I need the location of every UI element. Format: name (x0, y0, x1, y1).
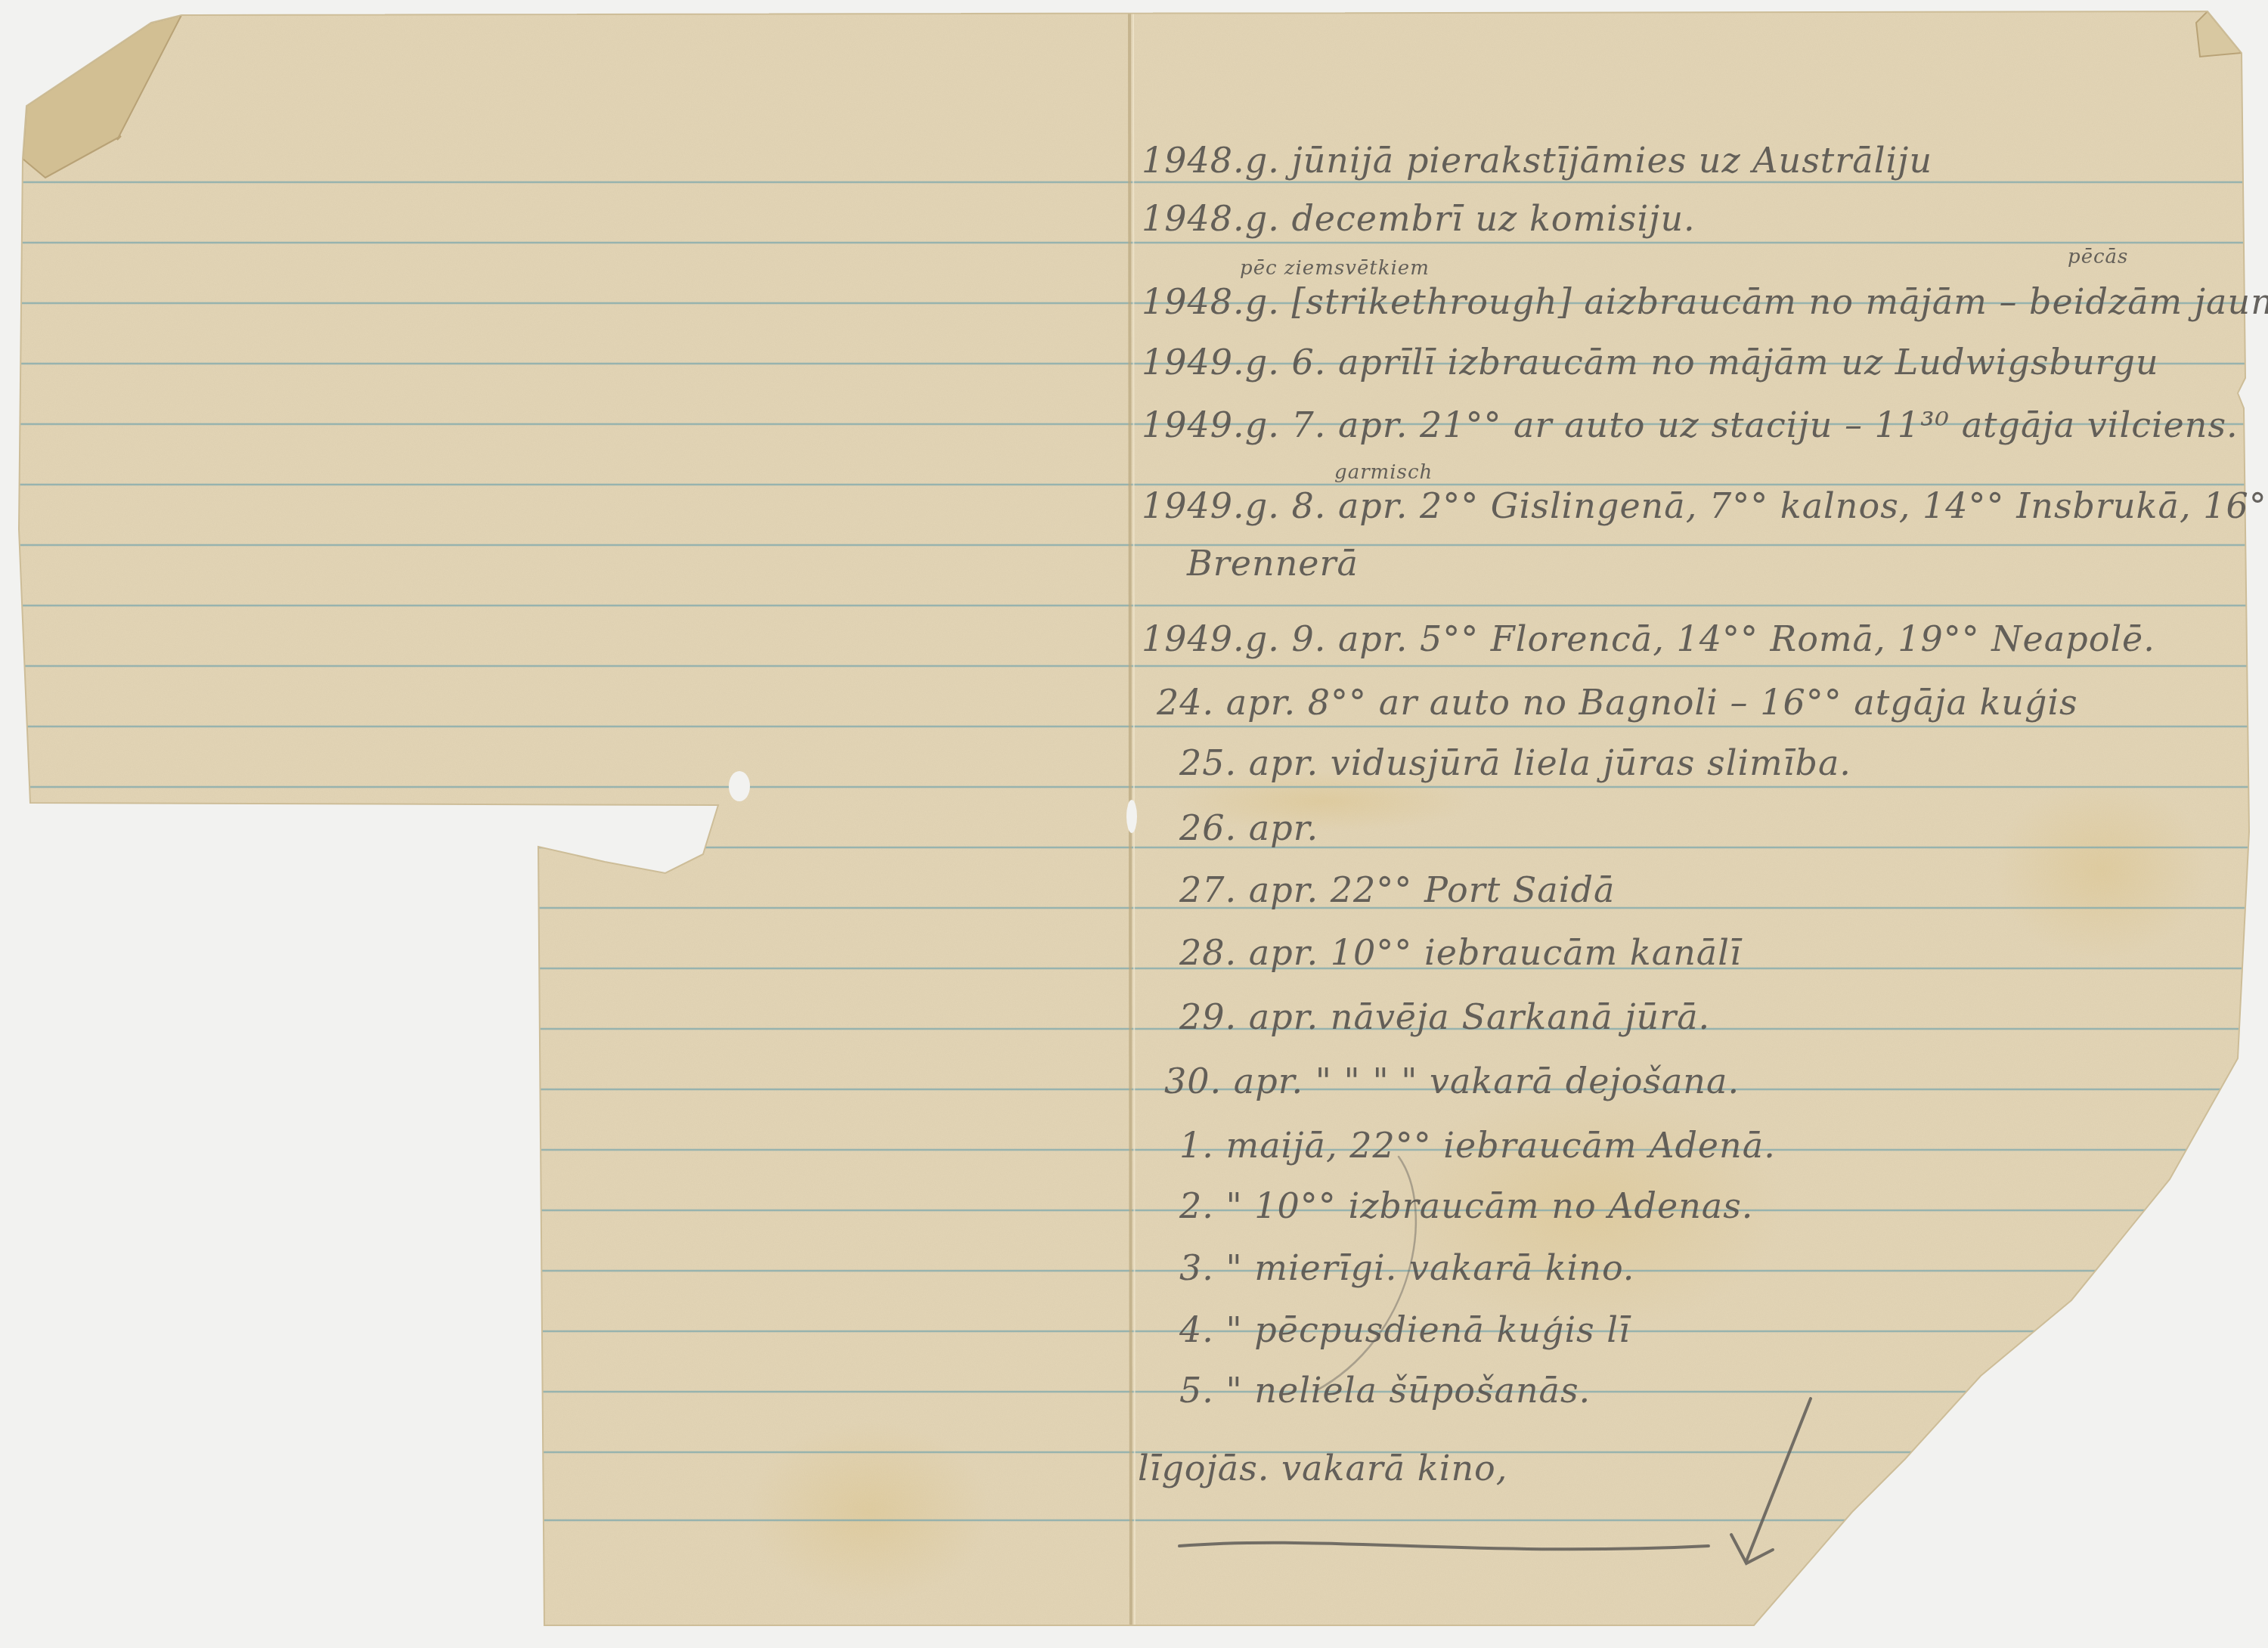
entry-1949-apr-8-brenner: Brennerā (1187, 543, 1359, 584)
entry-1948-december: 1948.g. decembrī uz komisiju. (1142, 198, 1696, 239)
entry-apr-26: 26. apr. (1179, 807, 1318, 848)
entry-1949-apr-9: 1949.g. 9. apr. 5°° Florencā, 14°° Romā,… (1142, 618, 2155, 659)
insert-pec-ziemsvetkiem: pēc ziemsvētkiem (1240, 257, 1430, 280)
entry-may-3: 3. " mierīgi. vakarā kino. (1179, 1247, 1634, 1288)
entry-1949-apr-7: 1949.g. 7. apr. 21°° ar auto uz staciju … (1142, 404, 2239, 445)
entry-1948-left-home: 1948.g. [strikethrough] aizbraucām no mā… (1142, 281, 2268, 322)
paper-hole (729, 771, 750, 801)
insert-pecas: pēcās (2068, 246, 2128, 268)
entry-may-5: 5. " neliela šūpošanās. (1179, 1370, 1591, 1411)
insert-garmisch: garmisch (1334, 461, 1433, 484)
entry-may-4: 4. " pēcpusdienā kuģis lī (1179, 1309, 1631, 1350)
entry-apr-27: 27. apr. 22°° Port Saidā (1179, 869, 1615, 910)
entry-may-2: 2. " 10°° izbraucām no Adenas. (1179, 1185, 1753, 1226)
paper-hole (1126, 800, 1137, 833)
entry-continuation: līgojās. vakarā kino, (1138, 1448, 1507, 1488)
folded-corner-top-right (2196, 11, 2242, 57)
scanned-document: 1948.g. jūnijā pierakstījāmies uz Austrā… (0, 0, 2268, 1648)
entry-apr-25: 25. apr. vidusjūrā liela jūras slimība. (1179, 742, 1851, 783)
entry-apr-28: 28. apr. 10°° iebraucām kanālī (1179, 932, 1742, 973)
torn-paper-sheet (0, 0, 2268, 1648)
entry-1949-apr-6: 1949.g. 6. aprīlī izbraucām no mājām uz … (1142, 342, 2159, 383)
entry-1949-apr-8: 1949.g. 8. apr. 2°° Gislingenā, 7°° kaln… (1142, 485, 2268, 526)
entry-apr-24: 24. apr. 8°° ar auto no Bagnoli – 16°° a… (1157, 682, 2078, 723)
entry-apr-29: 29. apr. nāvēja Sarkanā jūrā. (1179, 996, 1710, 1037)
entry-1948-june: 1948.g. jūnijā pierakstījāmies uz Austrā… (1142, 140, 1932, 181)
entry-may-1: 1. maijā, 22°° iebraucām Adenā. (1179, 1125, 1776, 1166)
entry-apr-30: 30. apr. " " " " vakarā dejošana. (1164, 1061, 1740, 1101)
